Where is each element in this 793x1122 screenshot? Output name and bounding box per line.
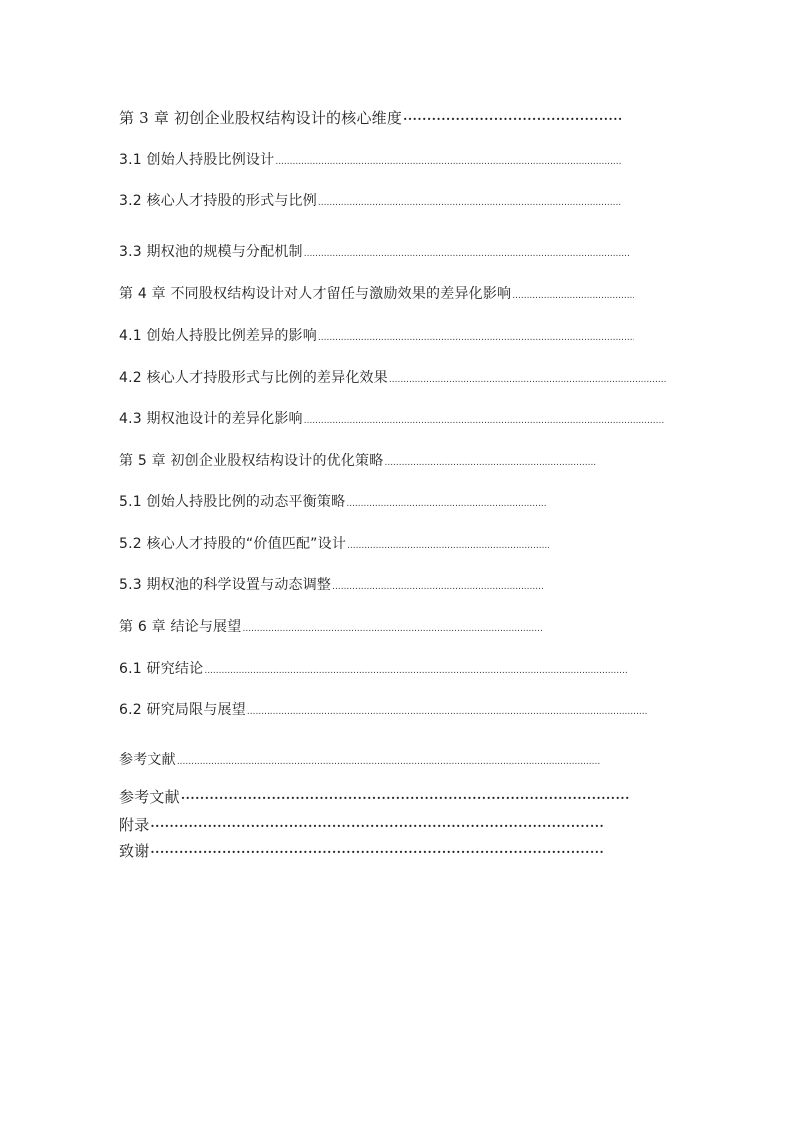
toc-entry-label: 第 5 章 初创企业股权结构设计的优化策略: [119, 450, 383, 470]
toc-entry-4-3[interactable]: 4.3 期权池设计的差异化影响 ........................…: [119, 408, 665, 430]
toc-entry-label: 3.1 创始人持股比例设计: [119, 149, 274, 169]
toc-entry-label: 5.3 期权池的科学设置与动态调整: [119, 574, 331, 594]
toc-entry-label: 第 6 章 结论与展望: [119, 616, 241, 636]
toc-entry-references-2[interactable]: 参考文献 ···································…: [119, 786, 631, 808]
toc-entry-label: 参考文献: [119, 749, 176, 769]
toc-entry-references[interactable]: 参考文献 ...................................…: [119, 749, 653, 771]
toc-entry-label: 第 3 章 初创企业股权结构设计的核心维度: [119, 107, 402, 128]
toc-entry-chapter-5[interactable]: 第 5 章 初创企业股权结构设计的优化策略 ..................…: [119, 450, 597, 472]
dot-leader: ........................................…: [332, 582, 544, 592]
toc-entry-5-3[interactable]: 5.3 期权池的科学设置与动态调整 ......................…: [119, 574, 544, 596]
dot-leader: ........................................…: [304, 416, 665, 426]
toc-entry-label: 5.2 核心人才持股的“价值匹配”设计: [119, 533, 346, 553]
dot-leader: ········································…: [181, 791, 631, 805]
toc-entry-acknowledgements[interactable]: 致谢 ·····································…: [119, 840, 631, 862]
dot-leader: ........................................…: [384, 458, 597, 468]
toc-entry-6-1[interactable]: 6.1 研究结论 ...............................…: [119, 658, 635, 680]
dot-leader: ........................................…: [177, 757, 653, 767]
toc-entry-label: 附录: [119, 814, 149, 835]
toc-entry-label: 3.3 期权池的规模与分配机制: [119, 241, 303, 261]
toc-entry-5-1[interactable]: 5.1 创始人持股比例的动态平衡策略 .....................…: [119, 491, 547, 513]
toc-entry-label: 4.2 核心人才持股形式与比例的差异化效果: [119, 367, 388, 387]
dot-leader: ........................................…: [318, 333, 634, 343]
toc-entry-chapter-6[interactable]: 第 6 章 结论与展望 ............................…: [119, 616, 542, 638]
dot-leader: ........................................…: [242, 624, 542, 634]
dot-leader: ........................................…: [204, 666, 635, 676]
toc-entry-label: 6.1 研究结论: [119, 658, 203, 678]
dot-leader: ········································…: [150, 819, 631, 833]
toc-entry-label: 3.2 核心人才持股的形式与比例: [119, 190, 317, 210]
dot-leader: ........................................…: [512, 291, 634, 301]
dot-leader: ········································…: [150, 845, 631, 859]
toc-entry-label: 参考文献: [119, 786, 180, 807]
toc-entry-label: 5.1 创始人持股比例的动态平衡策略: [119, 491, 345, 511]
dot-leader: ........................................…: [247, 707, 648, 717]
dot-leader: ........................................…: [318, 198, 622, 208]
toc-entry-appendix[interactable]: 附录 ·····································…: [119, 814, 631, 836]
toc-entry-label: 第 4 章 不同股权结构设计对人才留任与激励效果的差异化影响: [119, 283, 511, 303]
document-page: 第 3 章 初创企业股权结构设计的核心维度 ··················…: [0, 0, 793, 1122]
toc-entry-label: 4.3 期权池设计的差异化影响: [119, 408, 303, 428]
toc-entry-label: 致谢: [119, 840, 149, 861]
toc-entry-3-2[interactable]: 3.2 核心人才持股的形式与比例 .......................…: [119, 190, 622, 212]
toc-entry-5-2[interactable]: 5.2 核心人才持股的“价值匹配”设计 ....................…: [119, 533, 549, 555]
dot-leader: ........................................…: [346, 499, 547, 509]
toc-entry-6-2[interactable]: 6.2 研究局限与展望 ............................…: [119, 699, 648, 721]
toc-entry-chapter-3[interactable]: 第 3 章 初创企业股权结构设计的核心维度 ··················…: [119, 107, 621, 129]
dot-leader: ········································…: [403, 112, 621, 126]
dot-leader: ........................................…: [275, 157, 621, 167]
toc-entry-4-1[interactable]: 4.1 创始人持股比例差异的影响 .......................…: [119, 325, 634, 347]
toc-entry-3-1[interactable]: 3.1 创始人持股比例设计 ..........................…: [119, 149, 621, 171]
toc-entry-label: 4.1 创始人持股比例差异的影响: [119, 325, 317, 345]
toc-entry-4-2[interactable]: 4.2 核心人才持股形式与比例的差异化效果 ..................…: [119, 367, 667, 389]
toc-entry-3-3[interactable]: 3.3 期权池的规模与分配机制 ........................…: [119, 241, 630, 263]
dot-leader: ........................................…: [304, 249, 630, 259]
dot-leader: ........................................…: [347, 541, 549, 551]
toc-entry-chapter-4[interactable]: 第 4 章 不同股权结构设计对人才留任与激励效果的差异化影响 .........…: [119, 283, 634, 305]
dot-leader: ........................................…: [389, 375, 667, 385]
toc-entry-label: 6.2 研究局限与展望: [119, 699, 246, 719]
